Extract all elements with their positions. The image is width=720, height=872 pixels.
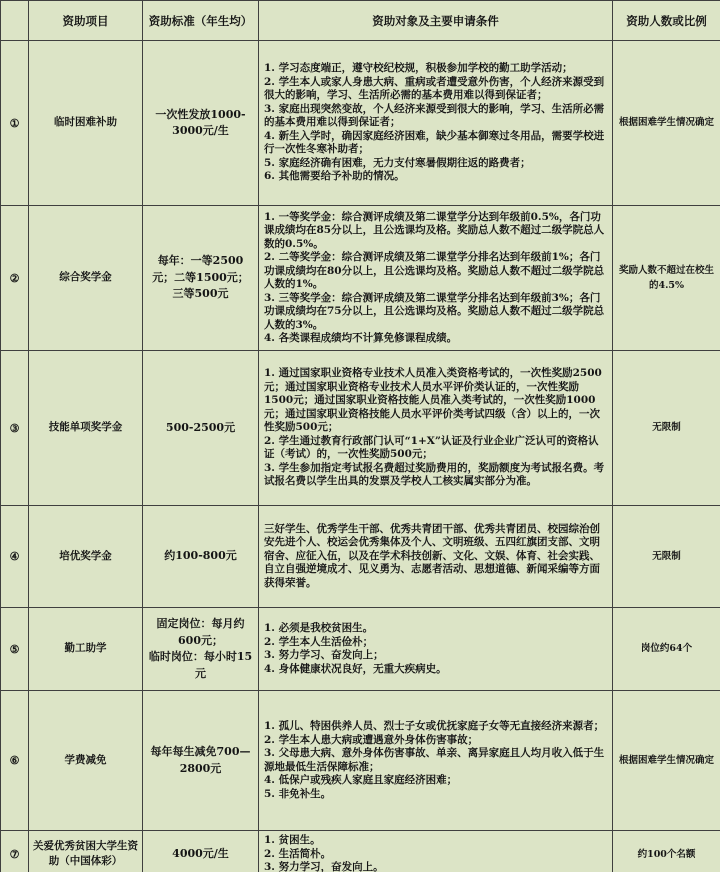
row-index: ④ (1, 506, 29, 608)
project-name: 综合奖学金 (29, 206, 143, 351)
project-name: 培优奖学金 (29, 506, 143, 608)
row-index: ⑥ (1, 691, 29, 831)
project-name: 临时困难补助 (29, 41, 143, 206)
table-row: ⑥ 学费减免 每年每生减免700—2800元 1. 孤儿、特困供养人员、烈士子女… (1, 691, 720, 831)
application-conditions: 1. 一等奖学金：综合测评成绩及第二课堂学分达到年级前0.5%，各门功课成绩均在… (259, 206, 613, 351)
application-conditions: 三好学生、优秀学生干部、优秀共青团干部、优秀共青团员、校园综治创安先进个人、校运… (259, 506, 613, 608)
funding-standard: 固定岗位：每月约600元； 临时岗位：每小时15元 (143, 608, 259, 691)
table-row: ② 综合奖学金 每年：一等2500元；二等1500元；三等500元 1. 一等奖… (1, 206, 720, 351)
application-conditions: 1. 贫困生。 2. 生活简朴。 3. 努力学习，奋发向上。 (259, 831, 613, 872)
col-header-quota: 资助人数或比例 (613, 1, 720, 41)
project-name: 关爱优秀贫困大学生资助（中国体彩） (29, 831, 143, 872)
application-conditions: 1. 通过国家职业资格专业技术人员准入类资格考试的，一次性奖励2500元；通过国… (259, 351, 613, 506)
table-row: ③ 技能单项奖学金 500-2500元 1. 通过国家职业资格专业技术人员准入类… (1, 351, 720, 506)
col-header-project: 资助项目 (29, 1, 143, 41)
funding-standard: 约100-800元 (143, 506, 259, 608)
funded-quota: 奖励人数不超过在校生的4.5% (613, 206, 720, 351)
table-row: ④ 培优奖学金 约100-800元 三好学生、优秀学生干部、优秀共青团干部、优秀… (1, 506, 720, 608)
row-index: ② (1, 206, 29, 351)
funded-quota: 根据困难学生情况确定 (613, 41, 720, 206)
row-index: ⑦ (1, 831, 29, 872)
project-name: 学费减免 (29, 691, 143, 831)
project-name: 技能单项奖学金 (29, 351, 143, 506)
project-name: 勤工助学 (29, 608, 143, 691)
table-row: ① 临时困难补助 一次性发放1000-3000元/生 1. 学习态度端正，遵守校… (1, 41, 720, 206)
application-conditions: 1. 孤儿、特困供养人员、烈士子女或优抚家庭子女等无直接经济来源者； 2. 学生… (259, 691, 613, 831)
header-row: 资助项目 资助标准（年生均） 资助对象及主要申请条件 资助人数或比例 (1, 1, 720, 41)
application-conditions: 1. 学习态度端正，遵守校纪校规，积极参加学校的勤工助学活动； 2. 学生本人或… (259, 41, 613, 206)
funding-standard: 500-2500元 (143, 351, 259, 506)
funding-standard: 一次性发放1000-3000元/生 (143, 41, 259, 206)
funded-quota: 无限制 (613, 506, 720, 608)
funding-standard: 每年每生减免700—2800元 (143, 691, 259, 831)
financial-aid-table: 资助项目 资助标准（年生均） 资助对象及主要申请条件 资助人数或比例 ① 临时困… (0, 0, 720, 872)
table-row: ⑤ 勤工助学 固定岗位：每月约600元； 临时岗位：每小时15元 1. 必须是我… (1, 608, 720, 691)
col-header-conditions: 资助对象及主要申请条件 (259, 1, 613, 41)
table-row: ⑦ 关爱优秀贫困大学生资助（中国体彩） 4000元/生 1. 贫困生。 2. 生… (1, 831, 720, 872)
col-header-standard: 资助标准（年生均） (143, 1, 259, 41)
funded-quota: 根据困难学生情况确定 (613, 691, 720, 831)
funded-quota: 约100个名额 (613, 831, 720, 872)
funding-standard: 每年：一等2500元；二等1500元；三等500元 (143, 206, 259, 351)
col-header-index (1, 1, 29, 41)
funded-quota: 岗位约64个 (613, 608, 720, 691)
row-index: ① (1, 41, 29, 206)
funding-standard: 4000元/生 (143, 831, 259, 872)
application-conditions: 1. 必须是我校贫困生。 2. 学生本人生活俭朴； 3. 努力学习、奋发向上； … (259, 608, 613, 691)
row-index: ③ (1, 351, 29, 506)
row-index: ⑤ (1, 608, 29, 691)
funded-quota: 无限制 (613, 351, 720, 506)
